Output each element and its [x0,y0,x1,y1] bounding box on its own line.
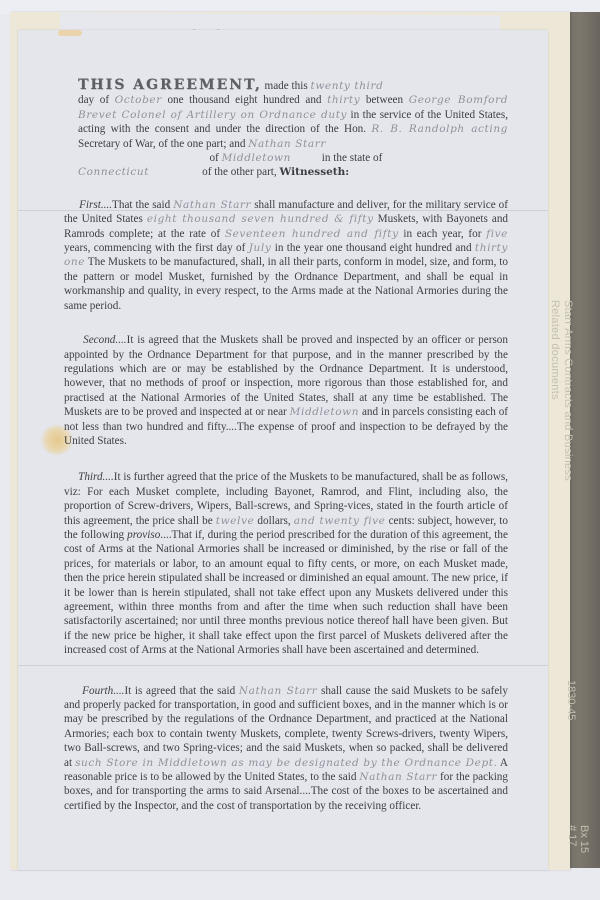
archive-box-folder: Bx 15 # 17 [566,825,590,853]
document-text: THIS AGREEMENT, made this twenty third d… [78,78,508,813]
handwritten-contractor: Nathan Starr [173,199,251,211]
document-title: THIS AGREEMENT, [78,77,262,93]
article-lead: Fourth.... [82,685,124,697]
handwritten-contractor: Nathan Starr [359,771,437,783]
text: made this [265,80,308,92]
stain [58,30,82,36]
text: That the said [112,199,170,211]
article-third: Third....It is further agreed that the p… [64,470,508,657]
handwritten-delivery-place: such Store in Middletown as may be desig… [75,757,497,769]
archive-label-line2: Related documents [549,300,561,400]
handwritten-secretary: R. B. Randolph acting [371,123,508,135]
text: ....That if, during the period prescribe… [64,529,508,656]
proviso-word: proviso [127,529,160,541]
handwritten-contractor: Nathan Starr [239,685,318,697]
text: dollars, [257,515,290,527]
handwritten-price: twelve [216,515,255,527]
text: years, commencing with the first day of [64,242,245,254]
header-section: THIS AGREEMENT, made this twenty third d… [78,78,508,180]
archive-box: Bx 15 [578,825,590,853]
text: between [366,94,403,106]
text: in the year one thousand eight hundred a… [275,242,472,254]
text: of [209,152,218,164]
handwritten-town: Middletown [222,152,291,164]
article-second: Second....It is agreed that the Muskets … [64,333,508,448]
archive-dates: 1830-45 [565,680,577,720]
handwritten-place: Middletown [290,406,359,418]
text: Secretary of War, of the one part; and [78,138,245,150]
witnesseth: Witnesseth: [280,166,350,178]
handwritten-month: October [115,94,162,106]
text: It is agreed that the said [124,685,235,697]
article-fourth: Fourth....It is agreed that the said Nat… [64,684,508,814]
handwritten-cents: and twenty five [294,515,386,527]
handwritten-day: twenty third [311,80,384,92]
article-lead: Third.... [78,471,114,483]
text: day of [78,94,109,106]
text: in the state of [322,152,383,164]
handwritten-years: five [486,228,508,240]
handwritten-rate: Seventeen hundred and fifty [225,228,399,240]
archive-folder-label: Starr Arms Contracts and Business Relate… [548,300,574,481]
article-lead: Second.... [83,334,127,346]
text: The Muskets to be manufactured, shall, i… [64,256,508,311]
handwritten-contractor: Nathan Starr [248,138,326,150]
text: of the other part, [202,166,277,178]
handwritten-start-month: July [249,242,272,254]
handwritten-year: thirty [327,94,360,106]
archive-label-line1: Starr Arms Contracts and Business [562,300,574,481]
article-lead: First.... [79,199,112,211]
text: in each year, for [403,228,481,240]
archive-folder-number: # 17 [566,825,578,846]
handwritten-state: Connecticut [78,166,149,178]
article-first: First....That the said Nathan Starr shal… [64,198,508,313]
handwritten-quantity: eight thousand seven hundred & fifty [147,213,374,225]
text: one thousand eight hundred and [167,94,321,106]
